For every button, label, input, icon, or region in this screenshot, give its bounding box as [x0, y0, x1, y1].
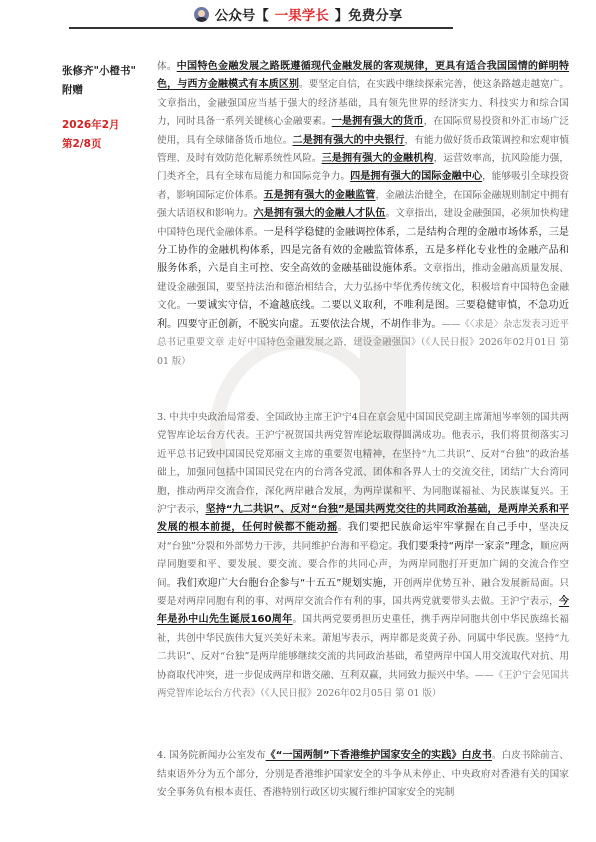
highlight: 六是拥有强大的金融人才队伍 — [254, 208, 386, 219]
emphasis: 我们欢迎广大台胞台企参与“十五五”规划实施， — [177, 578, 394, 589]
avatar-icon — [194, 7, 209, 22]
paragraph-item-4: 4. 国务院新闻办公室发布《“一国两制”下香港维护国家安全的实践》白皮书。白皮书… — [157, 747, 569, 802]
paragraph-item-3: 3. 中共中央政治局常委、全国政协主席王沪宁4日在京会见中国国民党副主席萧旭岑率… — [157, 409, 569, 704]
author-line-1: 张修齐"小橙书" — [62, 62, 152, 81]
text: 3. 中共中央政治局常委、全国政协主席王沪宁4日在京会见中国国民党副主席萧旭岑率… — [157, 412, 569, 515]
text: 体。 — [157, 61, 177, 72]
header-divider — [69, 27, 453, 29]
page-number: 第2/8页 — [62, 135, 152, 154]
spacer — [157, 371, 569, 409]
sidebar: 张修齐"小橙书" 附赠 2026年2月 第2/8页 — [62, 62, 152, 154]
emphasis: 我们要把民族命运牢牢掌握在自己手中， — [348, 522, 539, 533]
emphasis: 我们要秉持“两岸一家亲”理念， — [398, 541, 540, 552]
highlight: 四是拥有强大的国际金融中心 — [350, 171, 482, 182]
highlight: 《“一国两制”下香港维护国家安全的实践》白皮书 — [266, 750, 492, 761]
article-body: 体。中国特色金融发展之路既遵循现代金融发展的客观规律，更具有适合我国国情的鲜明特… — [157, 58, 569, 803]
highlight: 一是拥有强大的货币 — [332, 116, 424, 127]
paragraph-finance: 体。中国特色金融发展之路既遵循现代金融发展的客观规律，更具有适合我国国情的鲜明特… — [157, 58, 569, 371]
author-line-2: 附赠 — [62, 81, 152, 100]
text: 。 — [338, 522, 348, 533]
header-banner: 公众号【一果学长】免费分享 — [194, 4, 403, 24]
highlight: 三是拥有强大的金融机构 — [322, 153, 434, 164]
text: 4. 国务院新闻办公室发布 — [157, 750, 266, 761]
issue-date: 2026年2月 — [62, 116, 152, 135]
highlight: 二是拥有强大的中央银行 — [293, 135, 405, 146]
spacer — [157, 703, 569, 747]
header-prefix: 公众号【 — [215, 4, 269, 24]
header-suffix: 】免费分享 — [335, 4, 403, 24]
page-header: 公众号【一果学长】免费分享 — [0, 0, 596, 28]
header-brand: 一果学长 — [275, 4, 329, 24]
highlight: 五是拥有强大的金融监管 — [264, 190, 376, 201]
